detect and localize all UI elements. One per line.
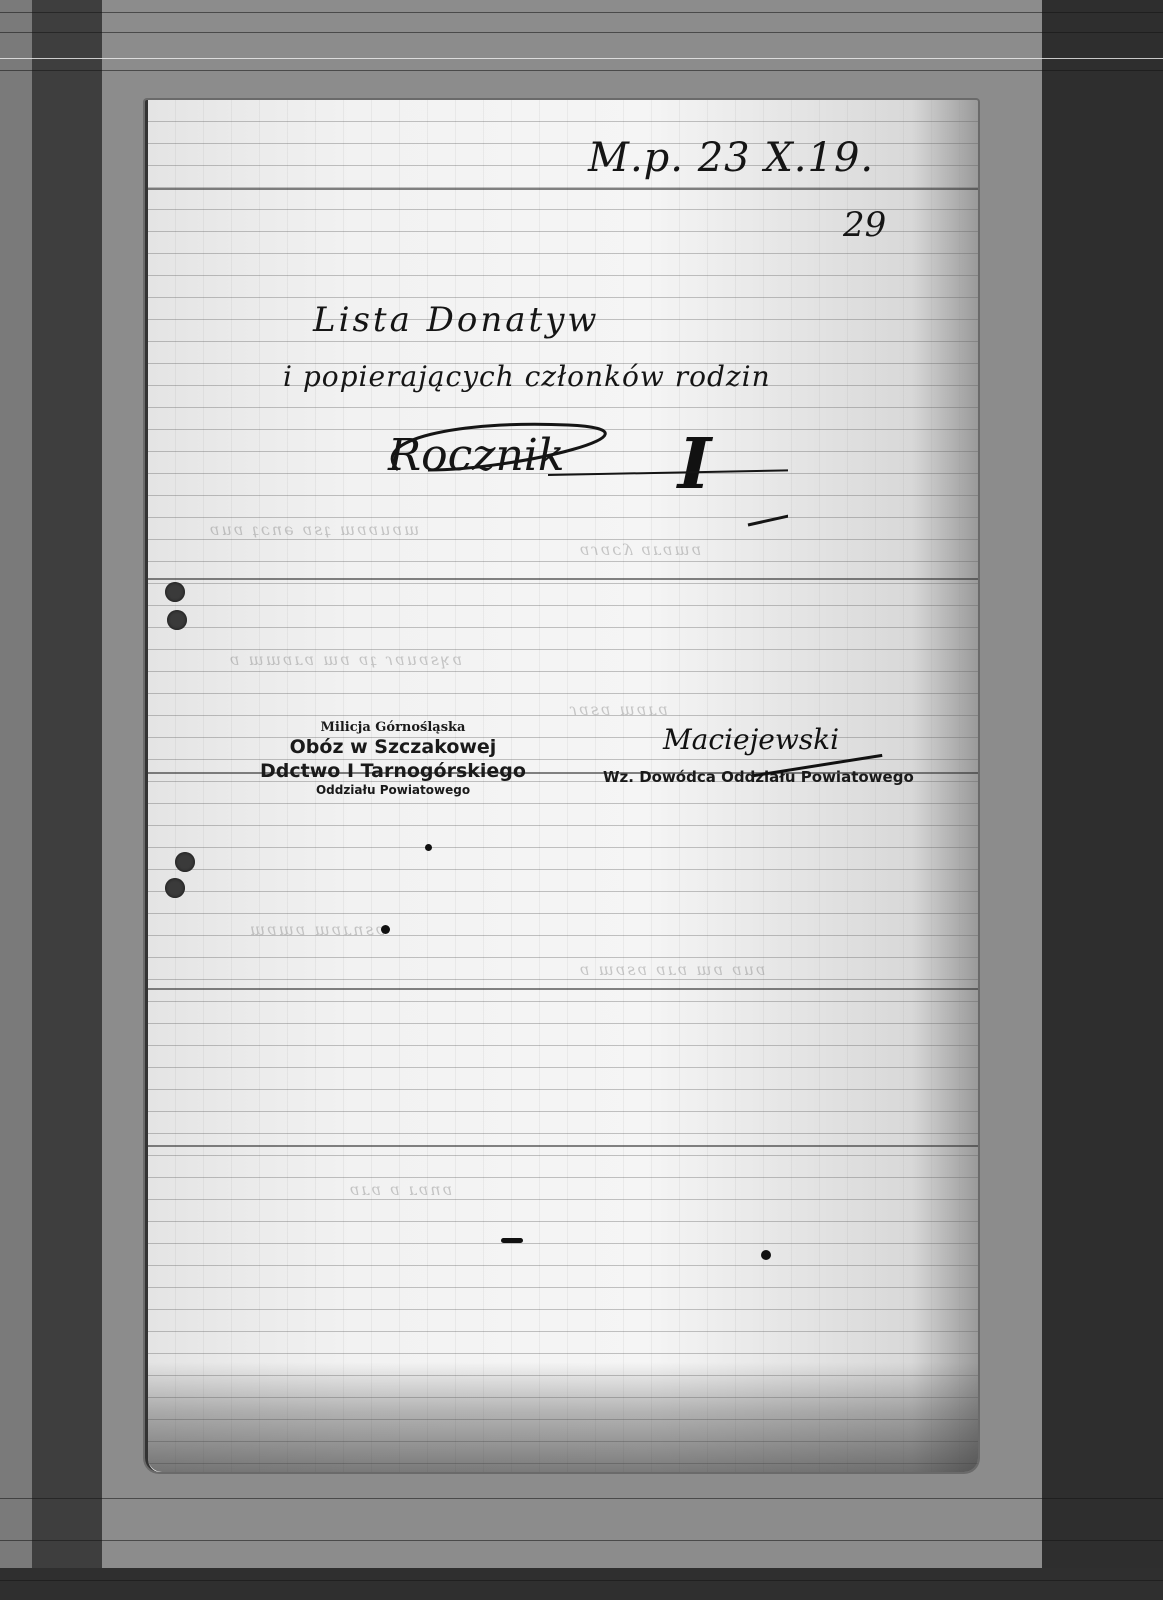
- signature: Maciejewski: [663, 723, 839, 756]
- title-line-1: Lista Donatyw: [313, 300, 600, 340]
- ink-speck: [381, 925, 390, 934]
- scanner-dark-band-left: [32, 0, 102, 1600]
- bleed-through-text: ɐʞsɐuɐɾ ʇɐ ɐɯ ɐɹɐɯɯ ɐ: [228, 650, 462, 669]
- bleed-through-text: ɐɯɐɹɐ ʎɔɐɾɐ: [578, 540, 701, 559]
- stamp-line-1: Milicja Górnośląska: [253, 720, 533, 735]
- signer-title: Wz. Dowódca Oddziału Powiatowego: [603, 768, 914, 786]
- scanner-dark-band-right: [1042, 0, 1163, 1600]
- scan-line: [0, 1498, 1163, 1499]
- stamp-line-2: Obóz w Szczakowej: [253, 735, 533, 759]
- scan-line: [0, 32, 1163, 33]
- ruled-line: [148, 578, 978, 580]
- reference-number: M.p. 23 X.19.: [588, 135, 874, 181]
- sheet-shadow: [148, 1362, 978, 1472]
- stamp-line-4: Oddziału Powiatowego: [253, 783, 533, 797]
- ruled-line: [148, 988, 978, 990]
- bleed-through-text: ɐɹɐɯ ɐsɐɾ: [568, 700, 668, 719]
- title-line-2: i popierających członków rodzin: [283, 360, 771, 393]
- ruled-line: [148, 1145, 978, 1147]
- bleed-through-text: ɐnɐɹ ɐ ɐɹɐ: [348, 1180, 452, 1199]
- scanner-background-left: [0, 0, 32, 1600]
- scanner-dark-band-bottom: [0, 1568, 1163, 1600]
- ink-speck: [425, 844, 432, 851]
- folio-number: 29: [843, 205, 886, 245]
- binding-hole: [165, 878, 185, 898]
- scan-line: [0, 1580, 1163, 1581]
- scan-line: [0, 1540, 1163, 1541]
- signature-block: Maciejewski Wz. Dowódca Oddziału Powiato…: [603, 768, 914, 786]
- scan-line: [0, 12, 1163, 13]
- stamp-line-3: Ddctwo I Tarnogórskiego: [253, 759, 533, 783]
- bleed-through-text: ɐuɐ ɐɯ ɐɹɐ ɐsɐɯ ɐ: [578, 960, 766, 979]
- ink-speck: [501, 1238, 523, 1243]
- document-sheet: ɯɐuɐɐɯ ʇsɐ ǝnɔʇ ɐuɐ ɐɯɐɹɐ ʎɔɐɾɐ ɐʞsɐuɐɾ …: [145, 100, 978, 1472]
- binding-hole: [175, 852, 195, 872]
- ruled-line: [148, 188, 978, 190]
- scan-line: [0, 70, 1163, 71]
- bleed-through-text: ɐsnɹɐɯ ɐɯɐɯ: [248, 920, 385, 939]
- scan-line: [0, 58, 1163, 59]
- ink-speck: [761, 1250, 771, 1260]
- binding-hole: [167, 610, 187, 630]
- binding-hole: [165, 582, 185, 602]
- flourish-stroke: [368, 400, 788, 540]
- rubber-stamp: Milicja Górnośląska Obóz w Szczakowej Dd…: [253, 720, 533, 797]
